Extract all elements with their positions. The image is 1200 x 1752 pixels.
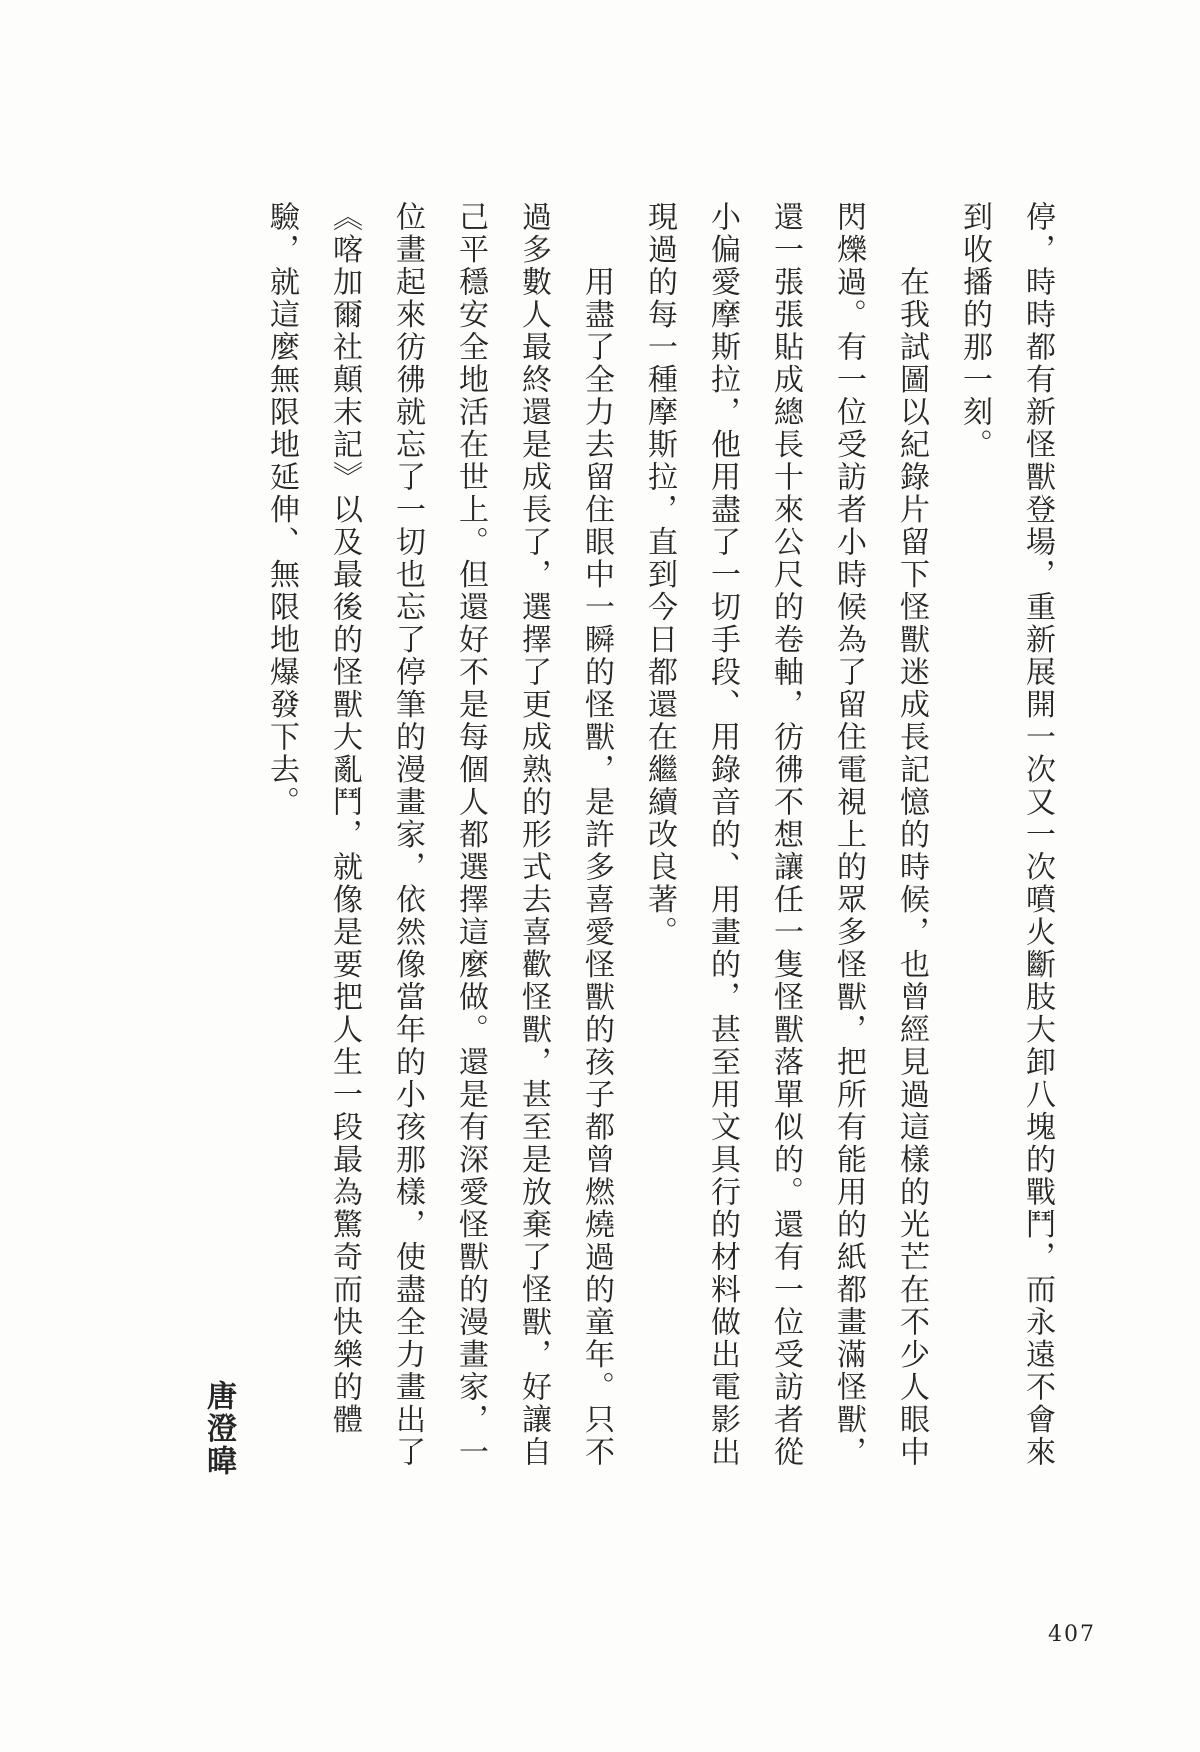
page-number: 407 [1048,1622,1096,1647]
vertical-text-block: 停，時時都有新怪獸登場，重新展開一次又一次噴火斷肢大卸八塊的戰鬥，而永遠不會來到… [187,201,1069,1477]
author-signature: 唐澄暐 [187,201,250,1477]
paragraph-1: 停，時時都有新怪獸登場，重新展開一次又一次噴火斷肢大卸八塊的戰鬥，而永遠不會來到… [943,201,1069,1477]
paragraph-3: 用盡了全力去留住眼中一瞬的怪獸，是許多喜愛怪獸的孩子都曾燃燒過的童年。只不過多數… [250,201,628,1477]
book-page: 停，時時都有新怪獸登場，重新展開一次又一次噴火斷肢大卸八塊的戰鬥，而永遠不會來到… [0,0,1200,1752]
paragraph-2: 在我試圖以紀錄片留下怪獸迷成長記憶的時候，也曾經見過這樣的光芒在不少人眼中閃爍過… [628,201,943,1477]
